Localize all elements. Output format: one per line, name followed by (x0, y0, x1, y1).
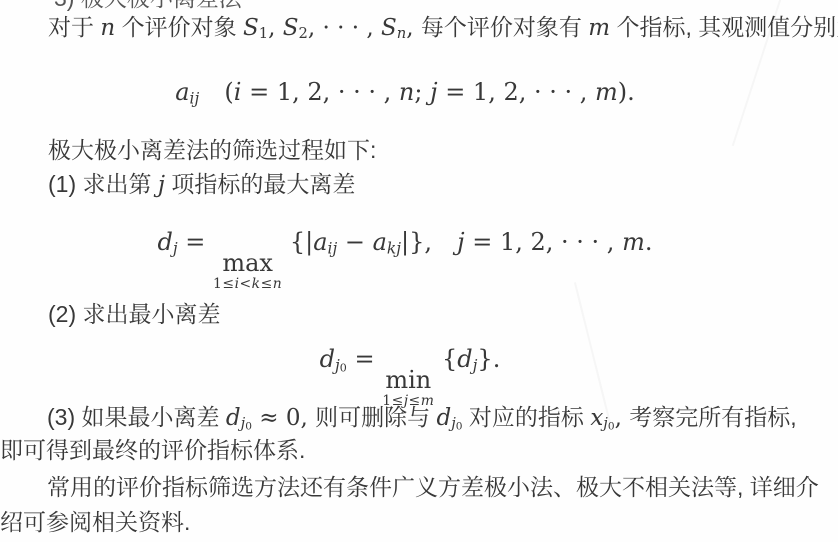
step-1-text: (1) 求出第 j 项指标的最大离差 (48, 169, 355, 200)
max-operator-limits: 1≤i<k≤n (213, 278, 282, 292)
step-2-text: (2) 求出最小离差 (48, 299, 221, 329)
textbook-page: 3) 极大极小离差法 对于 n 个评价对象 S1, S2, · · · , Sn… (0, 0, 838, 542)
paragraph-other-methods-line1: 常用的评价指标筛选方法还有条件广义方差极小法、极大不相关法等, 详细介 (47, 472, 819, 502)
display-formula-max-deviation: dj = max1≤i<k≤n {|aij − akj|},j = 1, 2, … (0, 227, 810, 292)
paragraph-process-intro: 极大极小离差法的筛选过程如下: (48, 135, 376, 165)
display-formula-observations: aij(i = 1, 2, · · · , n; j = 1, 2, · · ·… (0, 77, 810, 113)
display-formula-min-deviation: dj0 = min1≤j≤m {dj}. (0, 344, 820, 409)
formula-dj0-rhs: {dj}. (434, 345, 500, 373)
step-3-continuation: 即可得到最终的评价指标体系. (0, 435, 305, 465)
paragraph-other-methods-line2: 绍可参阅相关资料. (0, 507, 190, 537)
max-operator: max (222, 251, 273, 275)
min-operator: min (385, 368, 431, 392)
max-operator-with-limits: max1≤i<k≤n (213, 251, 282, 292)
formula-dj0-lhs: dj0 = (320, 345, 383, 373)
formula-dj-lhs: dj = (158, 228, 214, 256)
paragraph-intro: 对于 n 个评价对象 S1, S2, · · · , Sn, 每个评价对象有 m… (48, 12, 838, 49)
formula-dj-rhs: {|aij − akj|},j = 1, 2, · · · , m. (282, 228, 652, 256)
